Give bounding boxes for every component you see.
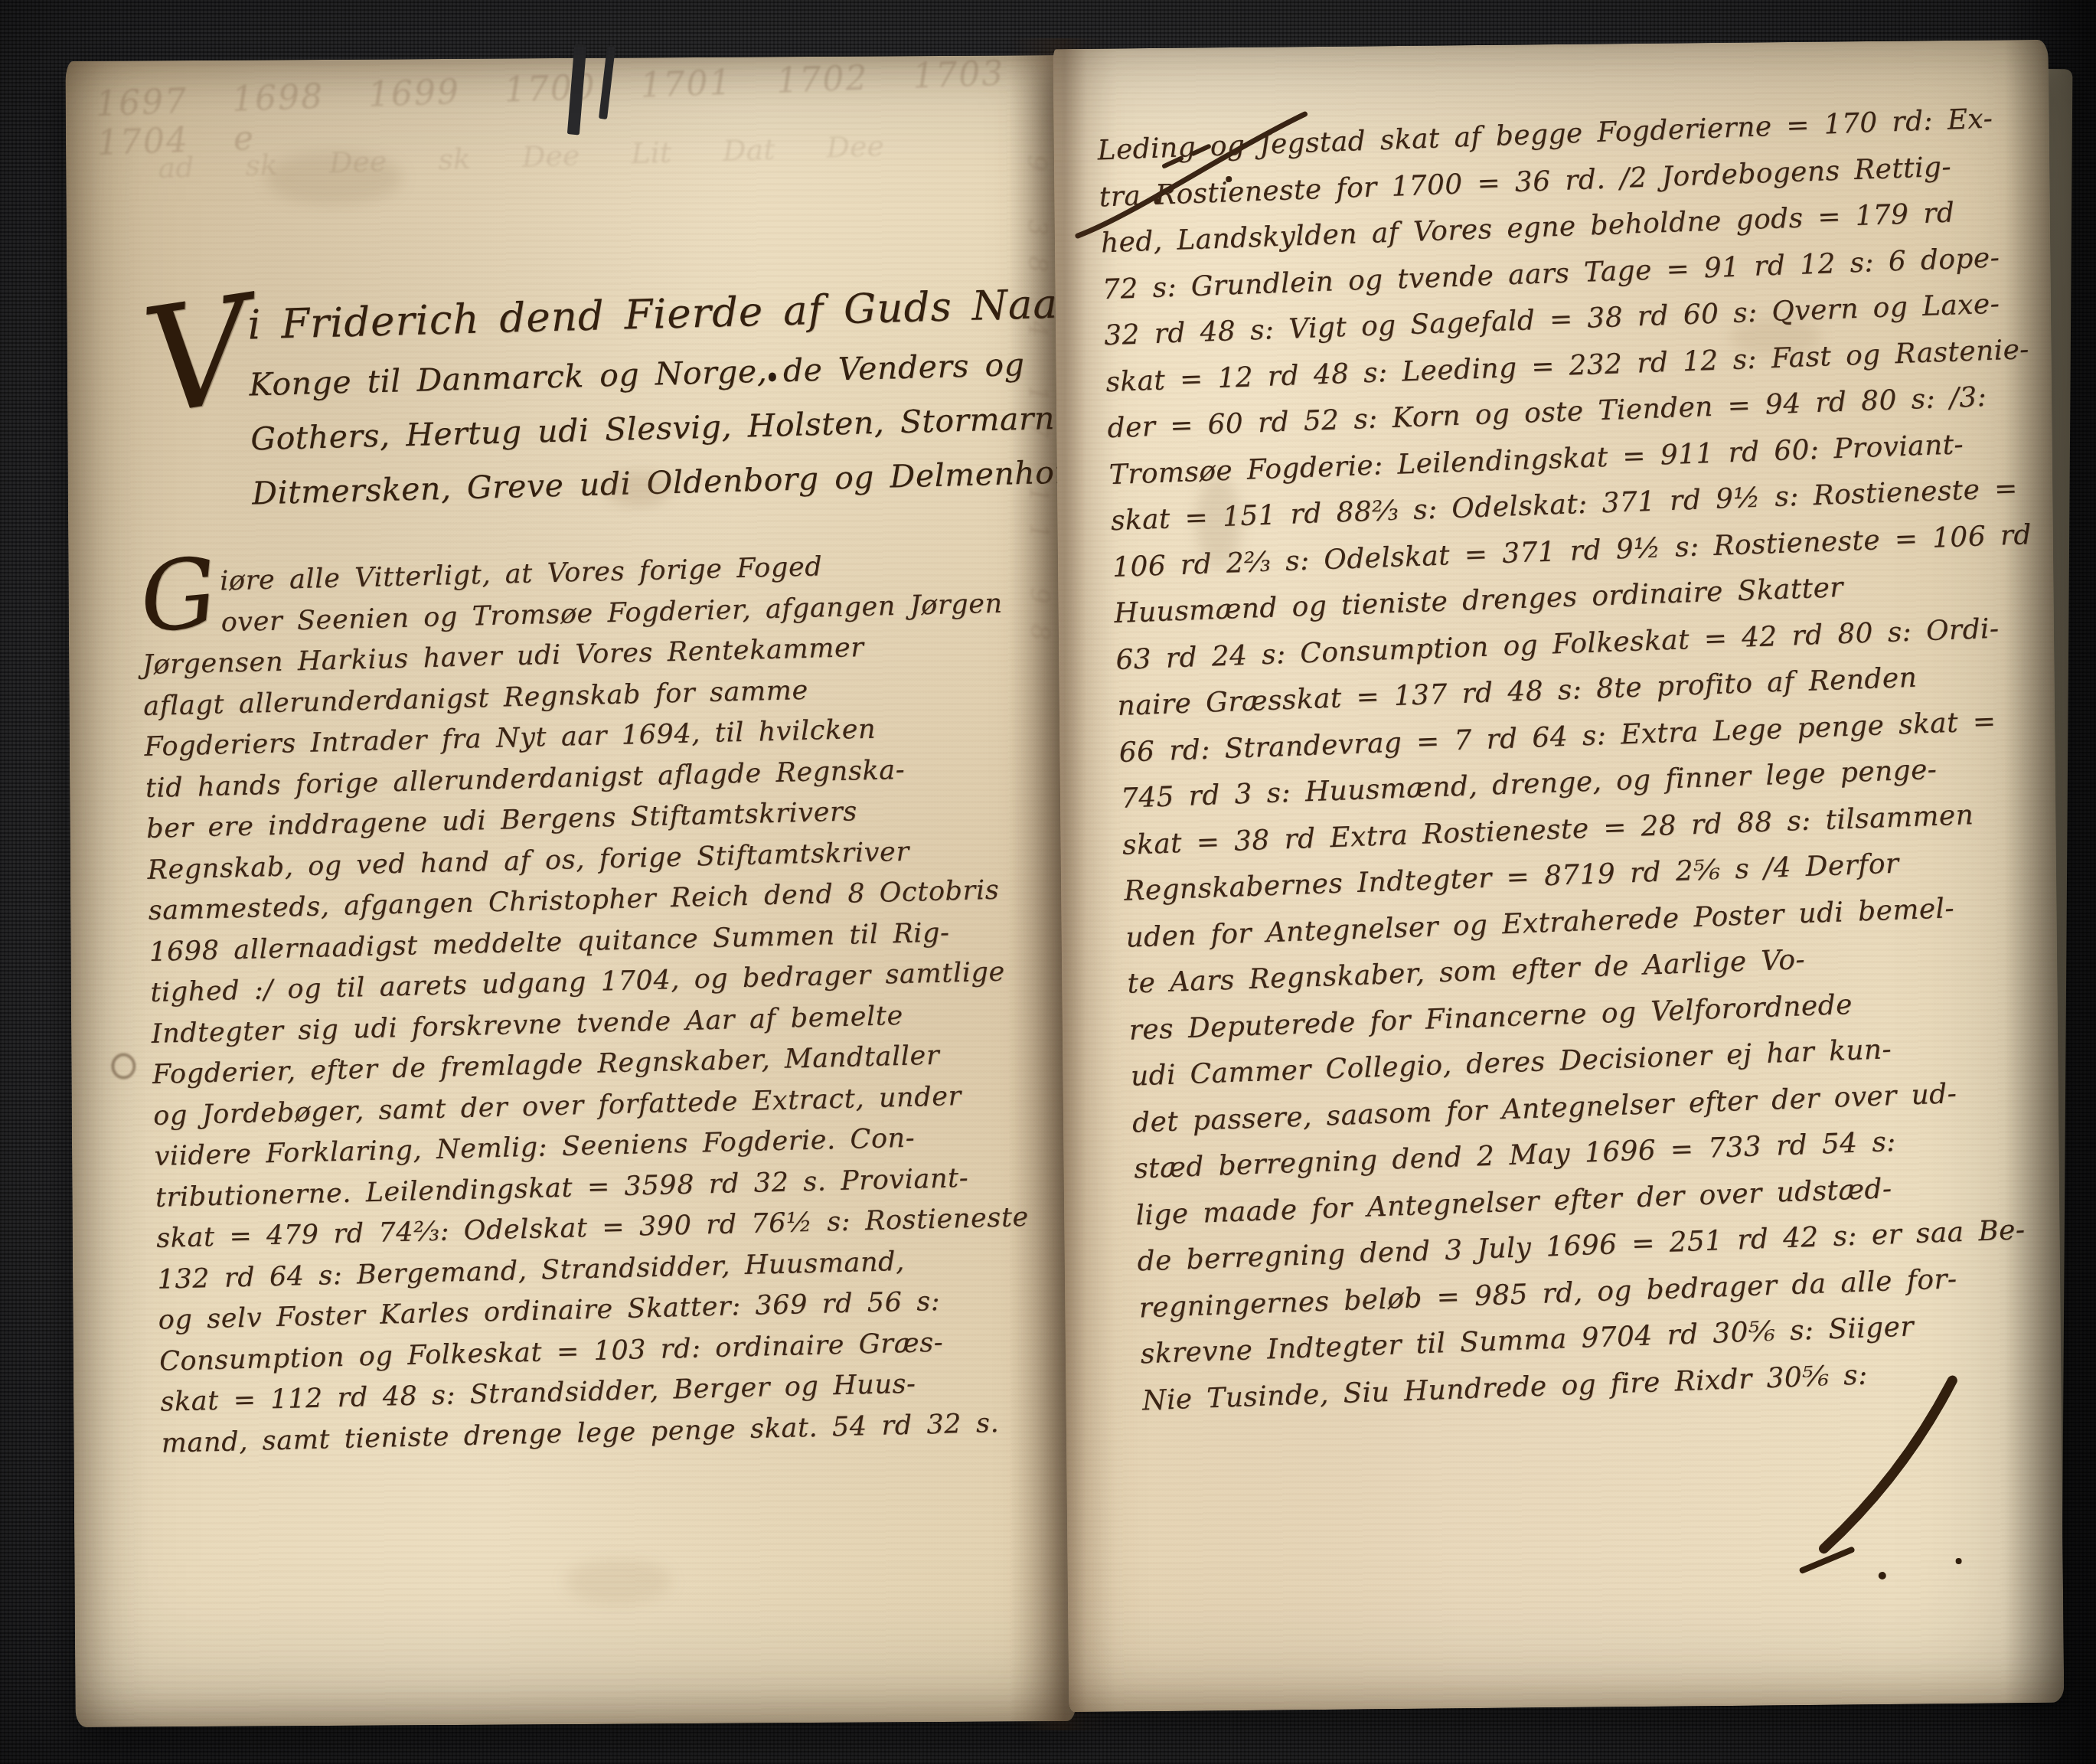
ink-ring-stain (111, 1053, 135, 1079)
left-body-lines: iøre alle Vitterligt, at Vores forige Fo… (140, 542, 1050, 1465)
right-body-lines: Leding og Jegstad skat af begge Fogderie… (1097, 96, 2046, 1424)
right-page: Leding og Jegstad skat af begge Fogderie… (1053, 40, 2065, 1712)
background-shadow (2004, 0, 2096, 1764)
right-page-body: Leding og Jegstad skat af begge Fogderie… (1097, 96, 2046, 1424)
royal-intitulatio: V i Friderich dend Fierde af Guds Naade … (150, 273, 1028, 524)
intitulatio-lines: Konge til Danmarck og Norge, de Venders … (152, 338, 1029, 524)
ink-flourish (1794, 1370, 1973, 1586)
archive-photo: 1697 1698 1699 1700 1701 1702 1703 1704 … (0, 0, 2096, 1764)
paper-stain (564, 1558, 671, 1605)
left-page: 1697 1698 1699 1700 1701 1702 1703 1704 … (65, 55, 1075, 1727)
initial-capital-G: G (137, 555, 218, 648)
left-page-body: G iøre alle Vitterligt, at Vores forige … (140, 542, 1050, 1465)
